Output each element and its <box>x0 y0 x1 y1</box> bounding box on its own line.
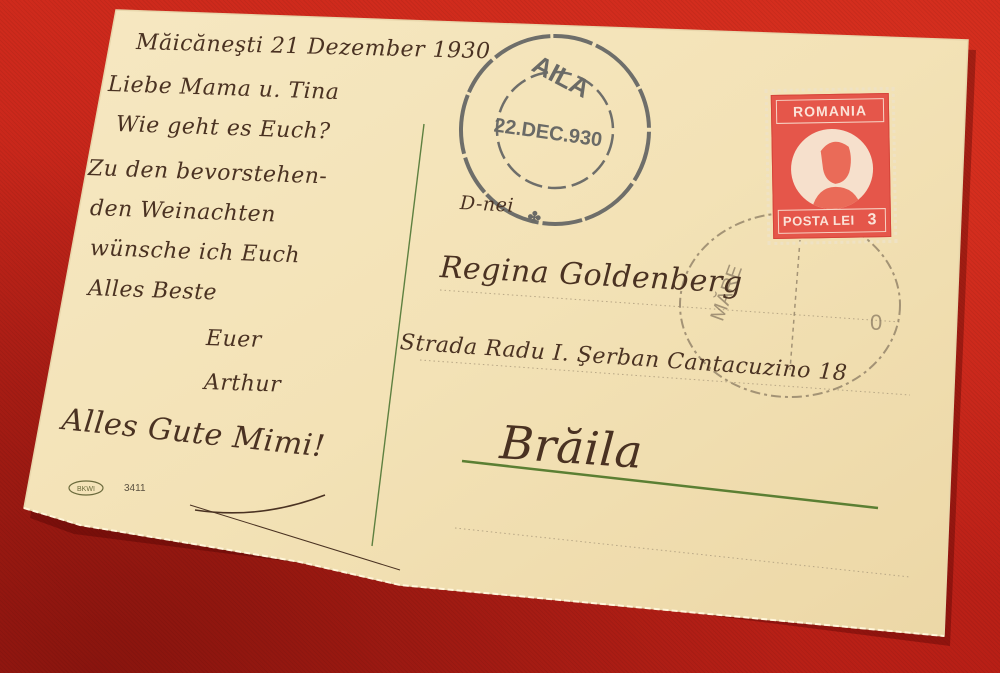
postage-stamp: ROMANIA POSTA LEI 3 <box>765 87 898 245</box>
address-prefix: D-nei <box>459 192 514 217</box>
svg-text:0: 0 <box>870 310 882 335</box>
publisher-logo: BKWI <box>66 478 106 498</box>
svg-text:BKWI: BKWI <box>77 486 95 493</box>
signature: Arthur <box>204 370 282 398</box>
stamp-portrait-icon <box>790 128 873 209</box>
card-number: 3411 <box>124 483 146 494</box>
closing: Euer <box>206 326 263 353</box>
postcard: AILA 22.DEC.930 ✤ MĂRE 0 BKWI 3411 ROMAN… <box>0 0 1000 673</box>
address-city: Brăila <box>498 415 644 479</box>
stamp-denomination: POSTA LEI 3 <box>778 208 886 234</box>
message-line-6: Alles Beste <box>88 276 218 305</box>
stamp-country: ROMANIA <box>776 98 884 124</box>
